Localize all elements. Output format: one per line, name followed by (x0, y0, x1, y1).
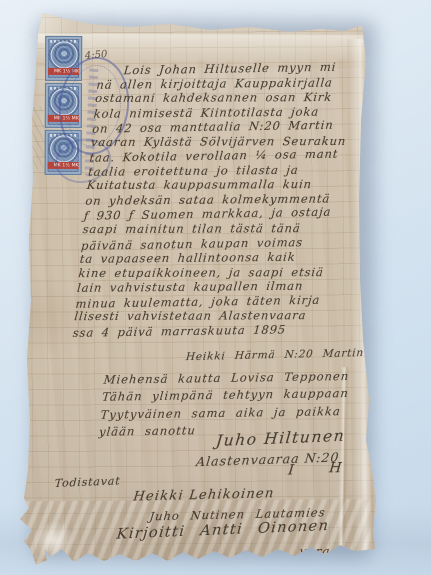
deed-line: Kuitatusta kauppasummalla kuin (86, 177, 367, 193)
initial-right: H (328, 460, 342, 476)
handwritten-price-note: 4:50 (85, 49, 108, 62)
coat-of-arms-icon (50, 41, 77, 68)
deed-body-text: Lois Johan Hiltuselle myyn mi nä allen k… (72, 60, 378, 339)
witness-heading: Todistavat (54, 474, 121, 490)
consent-line: Tyytyväinen sama aika ja paikka (100, 403, 348, 424)
deed-line: kine etupaikkoineen, ja saapi etsiä (78, 265, 359, 281)
deed-line: ostamani kahdeksannen osan Kirk (94, 90, 375, 106)
initial-left: I (287, 463, 294, 479)
photo-of-document: { "photo": { "backdrop_color": "#d5e3f0"… (0, 0, 431, 575)
